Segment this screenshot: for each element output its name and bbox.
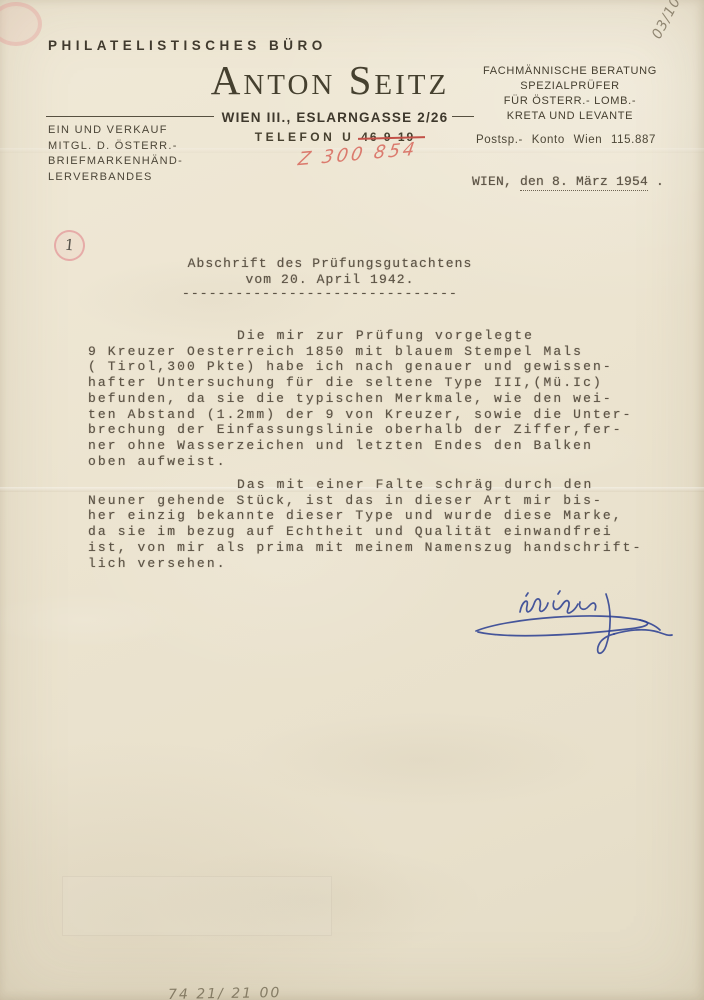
faint-red-stamp xyxy=(0,2,42,46)
expert-line: SPEZIALPRÜFER xyxy=(470,79,670,94)
telefon-label: TELEFON xyxy=(255,130,336,144)
paragraph-2: Das mit einer Falte schräg durch den Neu… xyxy=(88,477,678,571)
body-line: befunden, da sie die typischen Merkmale,… xyxy=(88,391,678,407)
expert-line: FACHMÄNNISCHE BERATUNG xyxy=(470,64,670,79)
body-line: lich versehen. xyxy=(88,556,678,572)
heading-dashed-rule: ------------------------------- xyxy=(182,286,458,301)
body-line: ist, von mir als prima mit meinem Namens… xyxy=(88,540,678,556)
letterhead-name: Anton Seitz xyxy=(180,56,480,104)
body-line: hafter Untersuchung für die seltene Type… xyxy=(88,375,678,391)
body-line: Neuner gehende Stück, ist das in dieser … xyxy=(88,493,678,509)
signature-ink-strokes xyxy=(468,582,678,666)
telephone-line: TELEFON U 46 9 19 xyxy=(215,130,455,144)
letterhead-address: WIEN III., ESLARNGASSE 2/26 xyxy=(215,110,455,125)
dateline: WIEN, den 8. März 1954 . xyxy=(472,174,664,189)
dateline-period: . xyxy=(648,174,664,189)
letterhead-rule-left xyxy=(46,116,214,117)
body-line: ner ohne Wasserzeichen und letzten Endes… xyxy=(88,438,678,454)
body-line: ten Abstand (1.2mm) der 9 von Kreuzer, s… xyxy=(88,407,678,423)
membership-block: EIN UND VERKAUF MITGL. D. ÖSTERR.- BRIEF… xyxy=(48,123,183,185)
telefon-prefix: U xyxy=(342,130,354,144)
corner-pencil-note: 03/10 xyxy=(649,0,684,42)
expert-line: KRETA UND LEVANTE xyxy=(470,109,670,124)
body-line: brechung der Einfassungslinie oberhalb d… xyxy=(88,422,678,438)
dateline-city: WIEN, xyxy=(472,174,520,189)
membership-line: MITGL. D. ÖSTERR.- xyxy=(48,139,183,155)
handwritten-signature xyxy=(468,582,678,666)
body-line: ( Tirol,300 Pkte) habe ich nach genauer … xyxy=(88,359,678,375)
expert-block: FACHMÄNNISCHE BERATUNG SPEZIALPRÜFER FÜR… xyxy=(470,64,670,124)
body-line: da sie im bezug auf Echtheit und Qualitä… xyxy=(88,524,678,540)
expert-line: FÜR ÖSTERR.- LOMB.- xyxy=(470,94,670,109)
body-line: Die mir zur Prüfung vorgelegte xyxy=(88,328,678,344)
scanned-letter-page: 03/10 PHILATELISTISCHES BÜRO Anton Seitz… xyxy=(0,0,704,1000)
postal-account-line: Postsp.- Konto Wien 115.887 xyxy=(476,134,656,146)
membership-line: BRIEFMARKENHÄND- xyxy=(48,154,183,170)
body-line: oben aufweist. xyxy=(88,454,678,470)
body-line: Das mit einer Falte schräg durch den xyxy=(88,477,678,493)
membership-line: LERVERBANDES xyxy=(48,170,183,186)
body-line: her einzig bekannte dieser Type und wurd… xyxy=(88,508,678,524)
paragraph-1: Die mir zur Prüfung vorgelegte 9 Kreuzer… xyxy=(88,328,678,469)
bureau-title: PHILATELISTISCHES BÜRO xyxy=(48,38,327,53)
body-line: 9 Kreuzer Oesterreich 1850 mit blauem St… xyxy=(88,344,678,360)
bottom-pencil-note: 74 21/ 21 00 xyxy=(168,985,282,1000)
embossed-show-through xyxy=(62,876,332,936)
dateline-date: den 8. März 1954 xyxy=(520,174,648,191)
heading-line1: Abschrift des Prüfungsgutachtens xyxy=(0,256,660,272)
document-heading: Abschrift des Prüfungsgutachtens vom 20.… xyxy=(0,256,660,288)
membership-line: EIN UND VERKAUF xyxy=(48,123,183,139)
